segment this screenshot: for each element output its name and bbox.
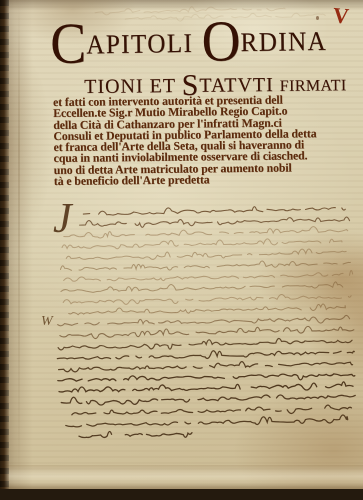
manuscript-photo: V CAPITOLIORDINA TIONI ET STATVTI FIRMAT… <box>0 0 363 500</box>
handwriting-svg <box>0 0 363 493</box>
binding-edge <box>0 0 9 489</box>
parchment-page: V CAPITOLIORDINA TIONI ET STATVTI FIRMAT… <box>0 0 363 489</box>
